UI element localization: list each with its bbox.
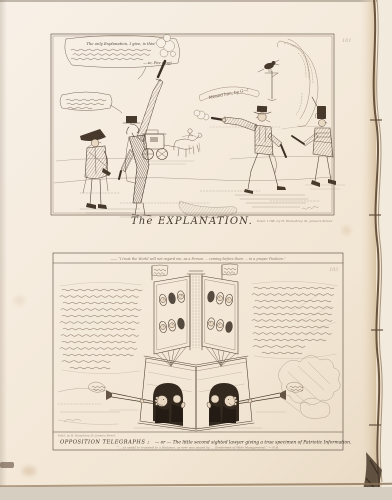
foxing-spot <box>342 226 351 235</box>
top-print-etching: 101 The only Explanation, I give, is thi… <box>50 33 350 233</box>
hussar-figure <box>292 97 345 189</box>
pistol-smoke <box>157 35 176 58</box>
left-flag <box>152 265 168 280</box>
top-print-publication-line: Pubd. 1798, by H. Humphrey, St. James's … <box>256 219 333 223</box>
muzzle-smoke <box>194 110 209 120</box>
backing-surface <box>0 487 392 500</box>
page-left-shadow <box>0 0 7 489</box>
second-officer-figure <box>80 129 111 209</box>
page-top-edge <box>0 0 392 2</box>
right-flag <box>222 264 238 279</box>
plate-border <box>53 253 343 450</box>
pedestal-base <box>106 356 286 431</box>
etcher-signature-scratch <box>302 206 319 210</box>
speech-heading: The only Explanation, I give, is this! <box>86 41 156 46</box>
plate-number: 103 <box>329 267 338 273</box>
carriage-and-horses <box>142 129 202 164</box>
bottom-print-etching: —— “I trust the World will not regard me… <box>50 252 350 452</box>
left-landscape <box>58 388 138 424</box>
bottom-print-caption-quote: “… as useful to transmit to a Distance, … <box>117 446 279 450</box>
curved-speech-scroll <box>277 39 318 126</box>
right-arch-praying-figure <box>206 395 221 422</box>
missed-him-banner: Missed him, by G—! <box>199 87 259 101</box>
left-panel-portholes <box>159 290 186 333</box>
speech-closing: — so, Fire away! <box>143 61 172 65</box>
deckled-right-edge <box>352 0 392 500</box>
plate-border <box>51 34 334 215</box>
motto-line: —— “I trust the World will not regard me… <box>110 257 285 261</box>
right-landscape-bushes <box>256 294 340 419</box>
left-speech-script <box>60 282 142 374</box>
foxing-spot <box>14 296 25 305</box>
support-fans <box>156 347 236 366</box>
telegraph-panels <box>154 271 238 366</box>
left-edge-nick <box>0 462 14 468</box>
left-arch-praying-figure <box>171 395 186 422</box>
foxing-spot <box>22 466 36 476</box>
album-page-photo: 101 The only Explanation, I give, is thi… <box>0 0 392 500</box>
speech-bubble-officer <box>60 92 122 113</box>
top-print-title: The EXPLANATION. <box>131 216 253 227</box>
left-trumpet-blast <box>89 382 106 392</box>
right-panel-portholes <box>207 290 234 333</box>
right-speech-script <box>252 281 338 358</box>
bottom-print-publication-line: Pubd. by H. Humphrey, St. James's Street… <box>57 434 116 438</box>
plate-number: 101 <box>342 38 352 44</box>
